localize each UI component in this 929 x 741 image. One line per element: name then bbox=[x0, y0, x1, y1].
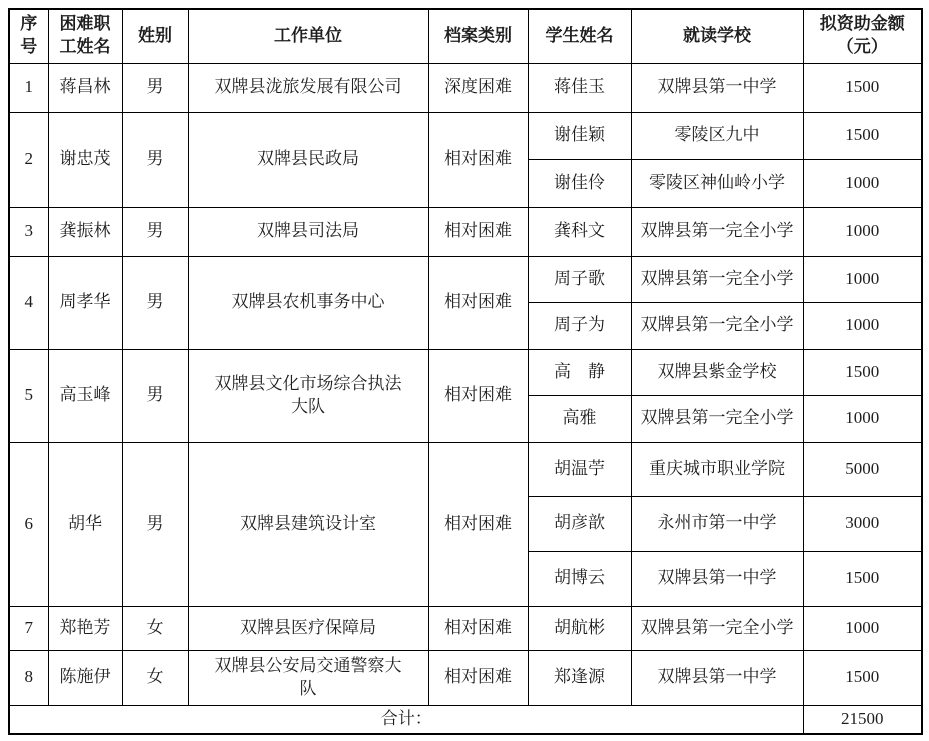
cell-amount: 1500 bbox=[803, 349, 922, 395]
cell-worker-name: 陈施伊 bbox=[48, 650, 122, 705]
cell-gender: 男 bbox=[122, 442, 188, 606]
cell-student-name: 周子歌 bbox=[528, 256, 631, 302]
cell-amount: 1000 bbox=[803, 395, 922, 442]
cell-worker-name: 谢忠茂 bbox=[48, 112, 122, 207]
cell-amount: 1500 bbox=[803, 63, 922, 112]
cell-school: 双牌县第一完全小学 bbox=[631, 302, 803, 349]
cell-gender: 男 bbox=[122, 207, 188, 256]
cell-school: 零陵区九中 bbox=[631, 112, 803, 159]
cell-school: 双牌县第一完全小学 bbox=[631, 207, 803, 256]
header-student-name: 学生姓名 bbox=[528, 9, 631, 63]
cell-school: 双牌县第一完全小学 bbox=[631, 606, 803, 650]
work-unit-text: 双牌县民政局 bbox=[257, 148, 359, 171]
cell-file-category: 相对困难 bbox=[428, 349, 528, 442]
table-row: 1 蒋昌林 男 双牌县泷旅发展有限公司 深度困难 蒋佳玉 双牌县第一中学 150… bbox=[9, 63, 922, 112]
header-serial: 序号 bbox=[9, 9, 48, 63]
table-row: 8 陈施伊 女 双牌县公安局交通警察大队 相对困难 郑逢源 双牌县第一中学 15… bbox=[9, 650, 922, 705]
total-row: 合计： 21500 bbox=[9, 705, 922, 734]
cell-file-category: 相对困难 bbox=[428, 256, 528, 349]
cell-student-name: 高 静 bbox=[528, 349, 631, 395]
cell-amount: 1000 bbox=[803, 302, 922, 349]
cell-serial: 5 bbox=[9, 349, 48, 442]
cell-amount: 1000 bbox=[803, 606, 922, 650]
cell-student-name: 胡彦歆 bbox=[528, 496, 631, 551]
header-amount-text: 拟资助金额（元） bbox=[817, 13, 907, 59]
cell-school: 双牌县第一中学 bbox=[631, 551, 803, 606]
cell-file-category: 相对困难 bbox=[428, 207, 528, 256]
header-worker-name: 困难职工姓名 bbox=[48, 9, 122, 63]
cell-student-name: 周子为 bbox=[528, 302, 631, 349]
header-amount: 拟资助金额（元） bbox=[803, 9, 922, 63]
cell-school: 双牌县第一中学 bbox=[631, 63, 803, 112]
cell-work-unit: 双牌县公安局交通警察大队 bbox=[188, 650, 428, 705]
cell-amount: 1000 bbox=[803, 207, 922, 256]
cell-work-unit: 双牌县医疗保障局 bbox=[188, 606, 428, 650]
cell-work-unit: 双牌县农机事务中心 bbox=[188, 256, 428, 349]
cell-student-name: 谢佳颖 bbox=[528, 112, 631, 159]
cell-amount: 1000 bbox=[803, 256, 922, 302]
cell-file-category: 相对困难 bbox=[428, 112, 528, 207]
cell-amount: 3000 bbox=[803, 496, 922, 551]
cell-student-name: 龚科文 bbox=[528, 207, 631, 256]
cell-file-category: 深度困难 bbox=[428, 63, 528, 112]
cell-gender: 女 bbox=[122, 650, 188, 705]
cell-worker-name: 胡华 bbox=[48, 442, 122, 606]
table-row: 2 谢忠茂 男 双牌县民政局 相对困难 谢佳颖 零陵区九中 1500 bbox=[9, 112, 922, 159]
cell-gender: 男 bbox=[122, 256, 188, 349]
table-row: 4 周孝华 男 双牌县农机事务中心 相对困难 周子歌 双牌县第一完全小学 100… bbox=[9, 256, 922, 302]
header-gender: 姓别 bbox=[122, 9, 188, 63]
cell-worker-name: 郑艳芳 bbox=[48, 606, 122, 650]
table-row: 3 龚振林 男 双牌县司法局 相对困难 龚科文 双牌县第一完全小学 1000 bbox=[9, 207, 922, 256]
cell-work-unit: 双牌县建筑设计室 bbox=[188, 442, 428, 606]
cell-serial: 4 bbox=[9, 256, 48, 349]
header-worker-name-text: 困难职工姓名 bbox=[58, 13, 112, 59]
cell-work-unit: 双牌县文化市场综合执法大队 bbox=[188, 349, 428, 442]
cell-worker-name: 周孝华 bbox=[48, 256, 122, 349]
total-label-cell: 合计： bbox=[9, 705, 803, 734]
document-page: 序号 困难职工姓名 姓别 工作单位 档案类别 学生姓名 就读学校 拟资助金额（元… bbox=[0, 0, 929, 735]
cell-serial: 6 bbox=[9, 442, 48, 606]
cell-amount: 1500 bbox=[803, 112, 922, 159]
work-unit-text: 双牌县农机事务中心 bbox=[232, 291, 385, 314]
cell-gender: 男 bbox=[122, 349, 188, 442]
cell-school: 重庆城市职业学院 bbox=[631, 442, 803, 496]
funding-roster-table: 序号 困难职工姓名 姓别 工作单位 档案类别 学生姓名 就读学校 拟资助金额（元… bbox=[8, 8, 923, 735]
cell-file-category: 相对困难 bbox=[428, 442, 528, 606]
cell-worker-name: 蒋昌林 bbox=[48, 63, 122, 112]
table-row: 6 胡华 男 双牌县建筑设计室 相对困难 胡温苧 重庆城市职业学院 5000 bbox=[9, 442, 922, 496]
cell-school: 双牌县紫金学校 bbox=[631, 349, 803, 395]
total-amount-cell: 21500 bbox=[803, 705, 922, 734]
header-file-category: 档案类别 bbox=[428, 9, 528, 63]
cell-student-name: 胡温苧 bbox=[528, 442, 631, 496]
cell-serial: 7 bbox=[9, 606, 48, 650]
cell-student-name: 胡航彬 bbox=[528, 606, 631, 650]
work-unit-text: 双牌县公安局交通警察大队 bbox=[208, 655, 408, 701]
table-row: 7 郑艳芳 女 双牌县医疗保障局 相对困难 胡航彬 双牌县第一完全小学 1000 bbox=[9, 606, 922, 650]
work-unit-text: 双牌县司法局 bbox=[257, 220, 359, 243]
cell-work-unit: 双牌县民政局 bbox=[188, 112, 428, 207]
cell-student-name: 蒋佳玉 bbox=[528, 63, 631, 112]
cell-school: 双牌县第一完全小学 bbox=[631, 395, 803, 442]
cell-student-name: 谢佳伶 bbox=[528, 159, 631, 207]
cell-student-name: 胡博云 bbox=[528, 551, 631, 606]
cell-student-name: 郑逢源 bbox=[528, 650, 631, 705]
cell-amount: 1500 bbox=[803, 551, 922, 606]
cell-student-name: 高雅 bbox=[528, 395, 631, 442]
cell-work-unit: 双牌县司法局 bbox=[188, 207, 428, 256]
cell-gender: 女 bbox=[122, 606, 188, 650]
cell-gender: 男 bbox=[122, 63, 188, 112]
header-school: 就读学校 bbox=[631, 9, 803, 63]
cell-school: 零陵区神仙岭小学 bbox=[631, 159, 803, 207]
table-row: 5 高玉峰 男 双牌县文化市场综合执法大队 相对困难 高 静 双牌县紫金学校 1… bbox=[9, 349, 922, 395]
cell-work-unit: 双牌县泷旅发展有限公司 bbox=[188, 63, 428, 112]
work-unit-text: 双牌县文化市场综合执法大队 bbox=[208, 373, 408, 419]
cell-worker-name: 龚振林 bbox=[48, 207, 122, 256]
header-row: 序号 困难职工姓名 姓别 工作单位 档案类别 学生姓名 就读学校 拟资助金额（元… bbox=[9, 9, 922, 63]
cell-serial: 8 bbox=[9, 650, 48, 705]
cell-worker-name: 高玉峰 bbox=[48, 349, 122, 442]
cell-amount: 5000 bbox=[803, 442, 922, 496]
cell-gender: 男 bbox=[122, 112, 188, 207]
cell-serial: 3 bbox=[9, 207, 48, 256]
cell-school: 双牌县第一完全小学 bbox=[631, 256, 803, 302]
cell-school: 双牌县第一中学 bbox=[631, 650, 803, 705]
cell-file-category: 相对困难 bbox=[428, 606, 528, 650]
work-unit-text: 双牌县建筑设计室 bbox=[240, 513, 376, 536]
header-work-unit: 工作单位 bbox=[188, 9, 428, 63]
cell-serial: 1 bbox=[9, 63, 48, 112]
work-unit-text: 双牌县泷旅发展有限公司 bbox=[215, 76, 402, 99]
work-unit-text: 双牌县医疗保障局 bbox=[240, 617, 376, 640]
cell-file-category: 相对困难 bbox=[428, 650, 528, 705]
cell-amount: 1000 bbox=[803, 159, 922, 207]
cell-school: 永州市第一中学 bbox=[631, 496, 803, 551]
cell-amount: 1500 bbox=[803, 650, 922, 705]
cell-serial: 2 bbox=[9, 112, 48, 207]
